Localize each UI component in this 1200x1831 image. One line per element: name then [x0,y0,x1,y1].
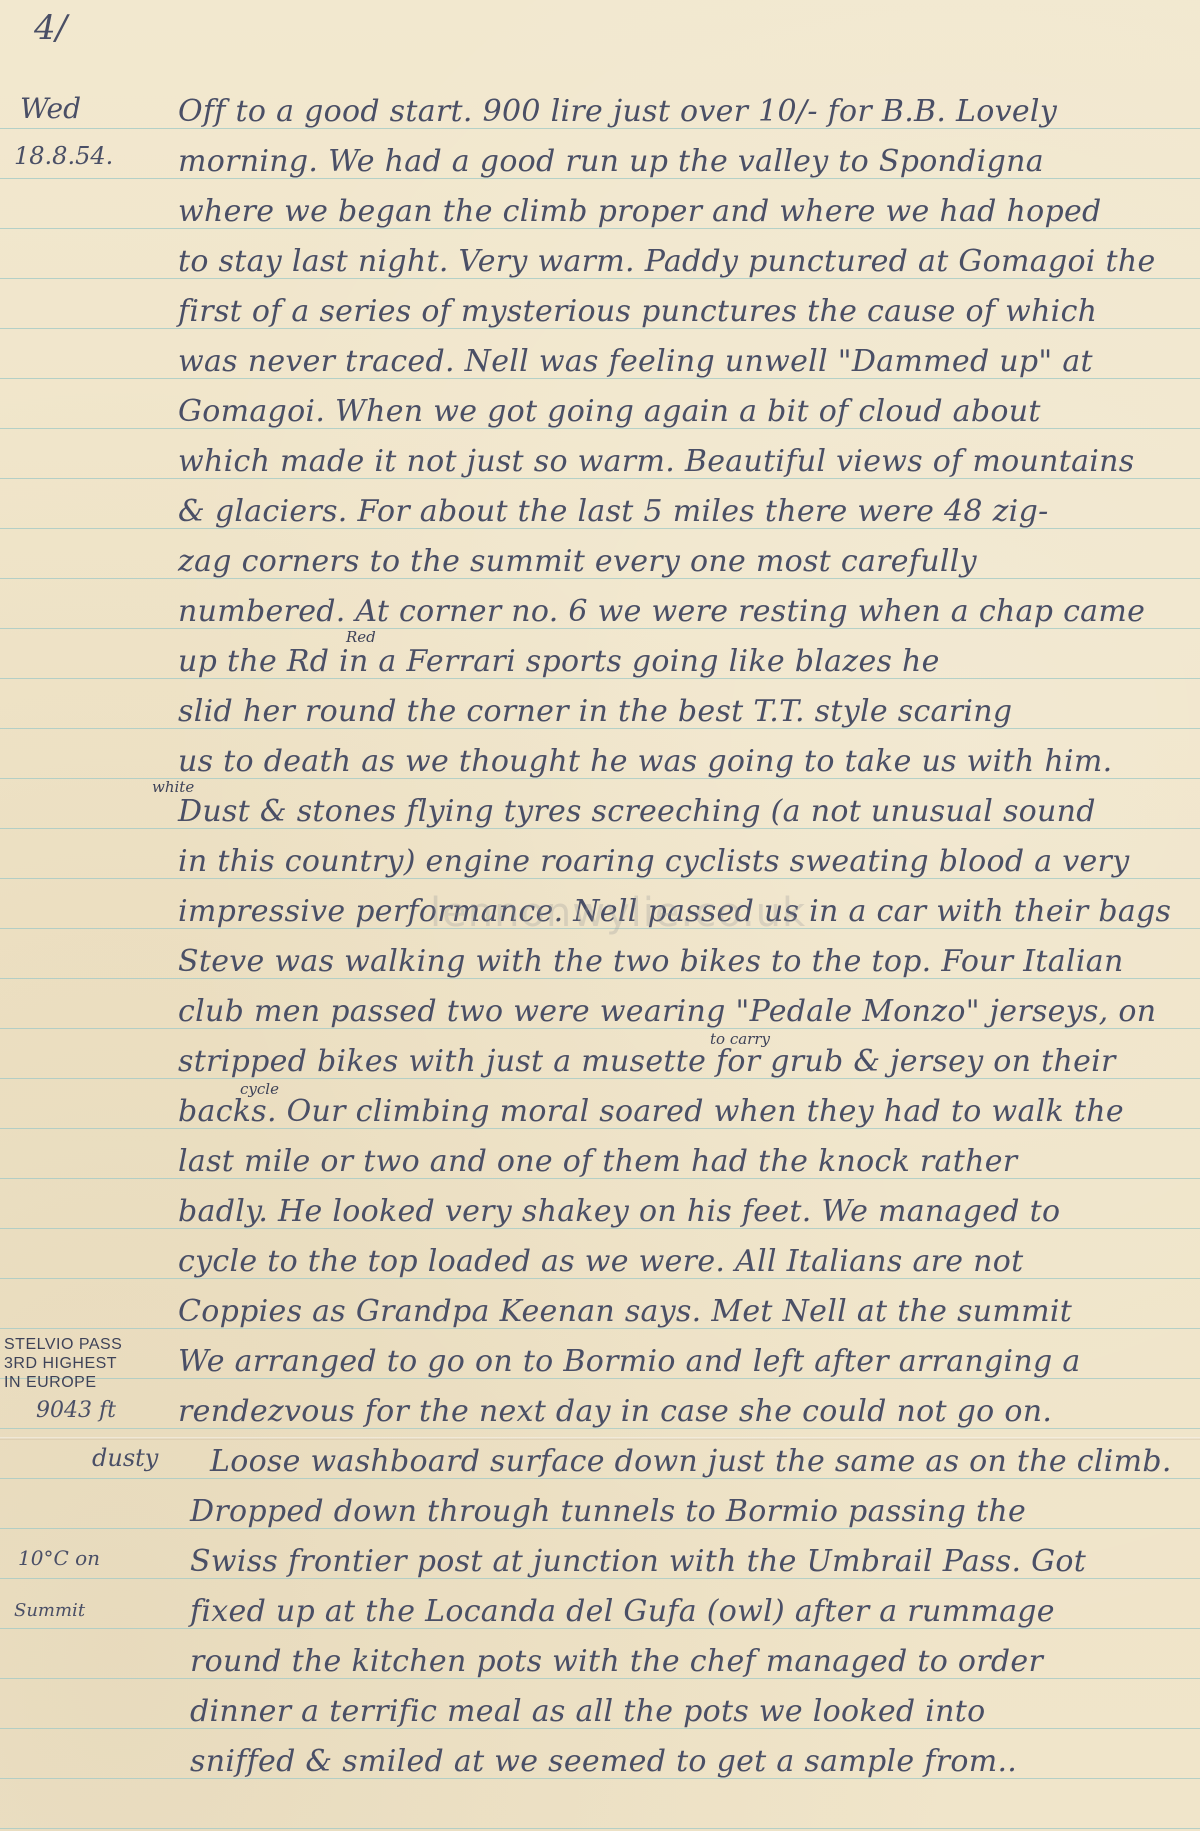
insertion-to-carry: to carry [710,1030,770,1048]
diary-line: Steve was walking with the two bikes to … [178,942,1124,982]
diary-line: Dropped down through tunnels to Bormio p… [190,1492,1026,1532]
diary-line: which made it not just so warm. Beautifu… [178,442,1135,482]
diary-line: Coppies as Grandpa Keenan says. Met Nell… [178,1292,1072,1332]
diary-line: was never traced. Nell was feeling unwel… [178,342,1093,382]
margin-temperature: 10°C on [18,1546,100,1570]
notebook-page: 4/ Wed 18.8.54. Off to a good start. 900… [0,0,1200,1831]
margin-dusty: dusty [92,1444,158,1472]
diary-line: to stay last night. Very warm. Paddy pun… [178,242,1156,282]
diary-line: morning. We had a good run up the valley… [178,142,1044,182]
diary-line: dinner a terrific meal as all the pots w… [190,1692,985,1732]
diary-line: Gomagoi. When we got going again a bit o… [178,392,1041,432]
diary-line: zag corners to the summit every one most… [178,542,977,582]
margin-note-stelvio: STELVIO PASS 3RD HIGHEST IN EUROPE [4,1335,122,1392]
diary-line: sniffed & smiled at we seemed to get a s… [190,1742,1017,1782]
margin-date: 18.8.54. [14,142,113,170]
margin-note-line: IN EUROPE [4,1373,122,1392]
diary-line: numbered. At corner no. 6 we were restin… [178,592,1145,632]
margin-altitude: 9043 ft [36,1398,116,1423]
diary-line: & glaciers. For about the last 5 miles t… [178,492,1049,532]
diary-line: in this country) engine roaring cyclists… [178,842,1129,882]
insertion-cycle: cycle [240,1080,279,1098]
page-number: 4/ [34,8,67,48]
diary-line: Swiss frontier post at junction with the… [190,1542,1086,1582]
insertion-red: Red [346,628,376,646]
diary-line: Loose washboard surface down just the sa… [210,1442,1172,1482]
diary-line: up the Rd in a Ferrari sports going like… [178,642,940,682]
diary-line: Dust & stones flying tyres screeching (a… [178,792,1096,832]
diary-line: fixed up at the Locanda del Gufa (owl) a… [190,1592,1055,1632]
margin-summit: Summit [14,1600,85,1621]
diary-line: backs. Our climbing moral soared when th… [178,1092,1124,1132]
margin-day: Wed [20,92,81,125]
diary-line: We arranged to go on to Bormio and left … [178,1342,1081,1382]
diary-line: first of a series of mysterious puncture… [178,292,1097,332]
diary-line: slid her round the corner in the best T.… [178,692,1012,732]
diary-line: Off to a good start. 900 lire just over … [178,92,1057,132]
diary-line: last mile or two and one of them had the… [178,1142,1017,1182]
margin-note-line: 3RD HIGHEST [4,1354,122,1373]
diary-line: where we began the climb proper and wher… [178,192,1102,232]
diary-line: rendezvous for the next day in case she … [178,1392,1052,1432]
ruled-line [0,1828,1200,1829]
margin-note-line: STELVIO PASS [4,1335,122,1354]
diary-line: cycle to the top loaded as we were. All … [178,1242,1024,1282]
diary-line: us to death as we thought he was going t… [178,742,1112,782]
diary-line: round the kitchen pots with the chef man… [190,1642,1043,1682]
diary-line: stripped bikes with just a musette for g… [178,1042,1116,1082]
paper-fold [0,1437,1200,1440]
diary-line: badly. He looked very shakey on his feet… [178,1192,1060,1232]
watermark: lennonwylie.co.uk [430,890,806,936]
insertion-white: white [152,778,194,796]
diary-line: club men passed two were wearing "Pedale… [178,992,1156,1032]
